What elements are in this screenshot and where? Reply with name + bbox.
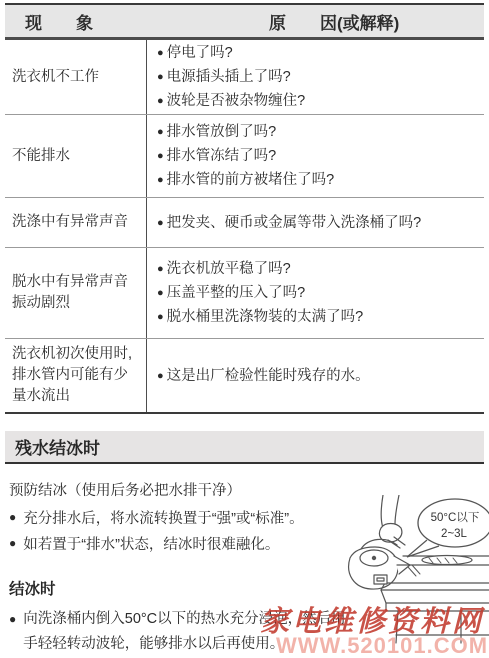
cause-cell: ●这是出厂检验性能时残存的水。 [147,339,484,412]
cause-text: 波轮是否被杂物缠住? [167,93,306,109]
bullet-icon: ● [157,150,164,162]
table-row: 洗衣机初次使用时, 排水管内可能有少 量水流出 ●这是出厂检验性能时残存的水。 [5,338,484,412]
cause-text: 停电了吗? [167,45,233,61]
phenomenon-cell: 脱水中有异常声音 振动剧烈 [5,248,147,338]
bullet-icon: ● [9,607,16,657]
bullet-icon: ● [157,370,164,382]
troubleshooting-table: 现 象 原 因(或解释) 洗衣机不工作 ●停电了吗? ●电源插头插上了吗? ●波… [5,3,484,414]
cause-cell: ●排水管放倒了吗? ●排水管冻结了吗? ●排水管的前方被堵住了吗? [147,115,484,197]
water-stream [408,565,420,576]
bullet-icon: ● [157,287,164,299]
bullet-icon: ● [157,47,164,59]
bullet-icon: ● [157,95,164,107]
cause-text: 洗衣机放平稳了吗? [167,261,291,277]
cause-cell: ●洗衣机放平稳了吗? ●压盖平整的压入了吗? ●脱水桶里洗涤物装的太满了吗? [147,248,484,338]
cause-line: ●把发夹、硬币或金属等带入洗涤桶了吗? [157,211,484,235]
table-header-row: 现 象 原 因(或解释) [5,5,484,40]
bullet-icon: ● [157,217,164,229]
speech-bubble: 50°C以下 2~3L [407,499,489,557]
cause-text: 电源插头插上了吗? [167,69,291,85]
cause-text: 把发夹、硬币或金属等带入洗涤桶了吗? [167,215,422,231]
table-row: 洗衣机不工作 ●停电了吗? ●电源插头插上了吗? ●波轮是否被杂物缠住? [5,40,484,114]
cause-cell: ●停电了吗? ●电源插头插上了吗? ●波轮是否被杂物缠住? [147,40,484,114]
table-row: 脱水中有异常声音 振动剧烈 ●洗衣机放平稳了吗? ●压盖平整的压入了吗? ●脱水… [5,247,484,338]
cause-text: 排水管放倒了吗? [167,124,277,140]
cause-line: ●压盖平整的压入了吗? [157,281,484,305]
bullet-icon: ● [9,507,16,528]
section-title: 残水结冰时 [15,434,100,459]
cause-line: ●停电了吗? [157,41,484,65]
prevention-item: ● 如若置于“排水”状态，结冰时很难融化。 [9,533,279,554]
bullet-icon: ● [157,126,164,138]
bullet-icon: ● [157,174,164,186]
phenomenon-cell: 洗衣机不工作 [5,40,147,114]
section-title-bar: 残水结冰时 [5,431,484,464]
cause-text: 排水管冻结了吗? [167,148,277,164]
cause-cell: ●把发夹、硬币或金属等带入洗涤桶了吗? [147,198,484,247]
prevention-item: ● 充分排水后，将水流转换置于“强”或“标准”。 [9,507,304,528]
prevention-item-text: 如若置于“排水”状态，结冰时很难融化。 [23,533,279,554]
cause-line: ●脱水桶里洗涤物装的太满了吗? [157,305,484,329]
cause-line: ●电源插头插上了吗? [157,65,484,89]
cause-line: ●波轮是否被杂物缠住? [157,89,484,113]
bubble-text-line2: 2~3L [441,528,468,540]
cause-line: ●排水管冻结了吗? [157,144,484,168]
phenomenon-cell: 洗涤中有异常声音 [5,198,147,247]
column-header-phenomenon: 现 象 [5,9,147,34]
prevention-item-text: 充分排水后，将水流转换置于“强”或“标准”。 [23,507,303,528]
bubble-text-line1: 50°C以下 [431,511,480,524]
bullet-icon: ● [9,533,16,554]
column-header-cause: 原 因(或解释) [147,9,484,34]
phenomenon-cell: 洗衣机初次使用时, 排水管内可能有少 量水流出 [5,339,147,412]
watermark-site-url: WWW.520101.COM [276,633,488,658]
bullet-icon: ● [157,263,164,275]
cause-text: 脱水桶里洗涤物装的太满了吗? [167,309,364,325]
table-row: 不能排水 ●排水管放倒了吗? ●排水管冻结了吗? ●排水管的前方被堵住了吗? [5,114,484,197]
cause-text: 压盖平整的压入了吗? [167,285,306,301]
bullet-icon: ● [157,71,164,83]
prevention-heading: 预防结冰（使用后务必把水排干净） [9,479,241,500]
cause-line: ●排水管的前方被堵住了吗? [157,168,484,192]
phenomenon-cell: 不能排水 [5,115,147,197]
cause-line: ●排水管放倒了吗? [157,120,484,144]
cause-line: ●这是出厂检验性能时残存的水。 [157,364,484,388]
cause-text: 这是出厂检验性能时残存的水。 [167,368,370,384]
arm-line [395,495,399,524]
bullet-icon: ● [157,311,164,323]
cause-text: 排水管的前方被堵住了吗? [167,172,335,188]
table-row: 洗涤中有异常声音 ●把发夹、硬币或金属等带入洗涤桶了吗? [5,197,484,247]
frozen-heading: 结冰时 [9,577,56,599]
arm-line [381,495,383,528]
cause-line: ●洗衣机放平稳了吗? [157,257,484,281]
